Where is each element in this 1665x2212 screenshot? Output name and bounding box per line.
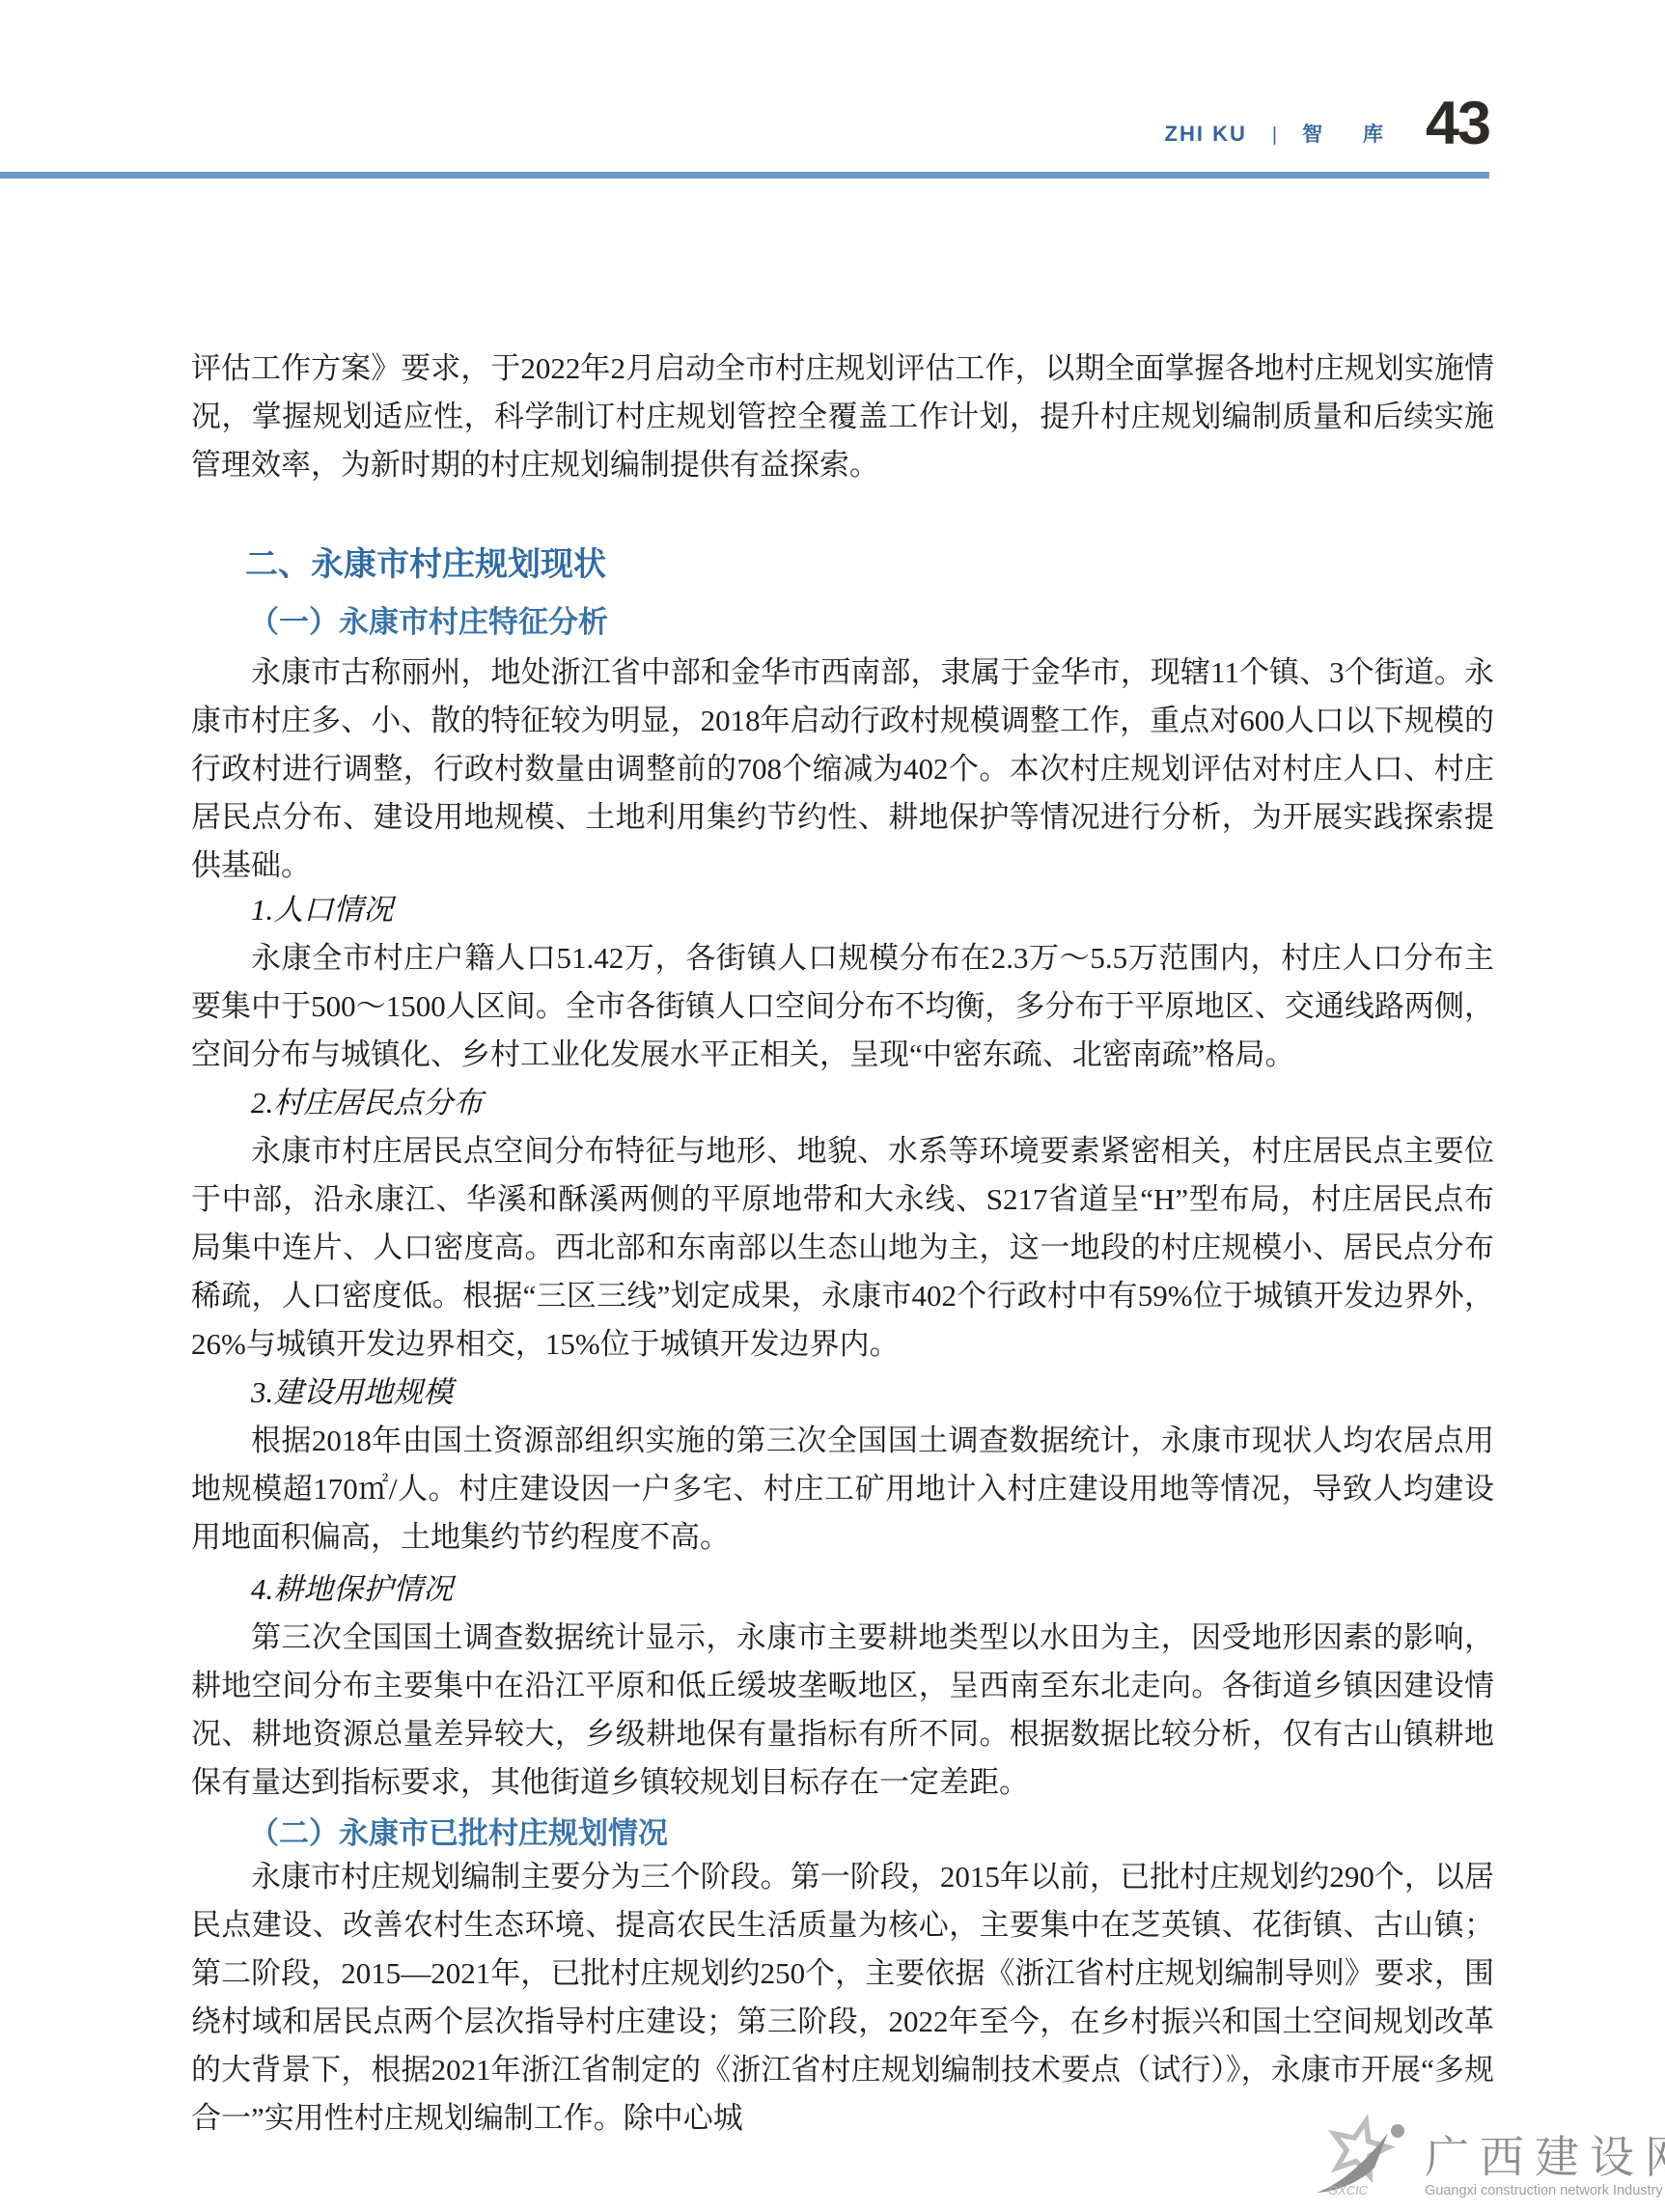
article-body: 评估工作方案》要求，于2022年2月启动全市村庄规划评估工作，以期全面掌握各地村… <box>191 345 1494 2143</box>
logo-name-chinese: 广西建设网 <box>1425 2135 1658 2181</box>
numbered-item-heading: 3.建设用地规模 <box>191 1369 1494 1417</box>
paragraph: 永康全市村庄户籍人口51.42万，各街镇人口规模分布在2.3万～5.5万范围内，… <box>191 934 1494 1079</box>
paragraph: 永康市古称丽州，地处浙江省中部和金华市西南部，隶属于金华市，现辖11个镇、3个街… <box>191 649 1494 890</box>
page-header: ZHI KU | 智 库 43 <box>1165 93 1489 162</box>
paragraph: 永康市村庄居民点空间分布特征与地形、地貌、水系等环境要素紧密相关，村庄居民点主要… <box>191 1127 1494 1369</box>
numbered-item-heading: 2.村庄居民点分布 <box>191 1079 1494 1127</box>
numbered-item-heading: 4.耕地保护情况 <box>191 1565 1494 1614</box>
numbered-item-heading: 1.人口情况 <box>191 886 1494 934</box>
publisher-watermark: GXCIC 广西建设网 Guangxi construction network… <box>1311 2106 1658 2207</box>
subsection-heading: （一）永康市村庄特征分析 <box>249 600 1494 645</box>
page-number: 43 <box>1426 89 1489 158</box>
journal-name-chinese: 智 库 <box>1302 119 1401 148</box>
paragraph: 第三次全国国土调查数据统计显示，永康市主要耕地类型以水田为主，因受地形因素的影响… <box>191 1614 1494 1807</box>
section-heading: 二、永康市村庄规划现状 <box>245 543 1494 586</box>
logo-tagline-english: Guangxi construction network Industry Ed… <box>1425 2183 1658 2198</box>
paragraph: 根据2018年由国土资源部组织实施的第三次全国国土调查数据统计，永康市现状人均农… <box>191 1417 1494 1562</box>
magazine-page: ZHI KU | 智 库 43 评估工作方案》要求，于2022年2月启动全市村庄… <box>0 0 1665 2212</box>
header-separator: | <box>1272 124 1277 147</box>
journal-section-label: ZHI KU | 智 库 <box>1165 119 1401 148</box>
logo-acronym: GXCIC <box>1328 2183 1369 2198</box>
star-logo-icon: GXCIC <box>1311 2106 1407 2202</box>
logo-text: 广西建设网 Guangxi construction network Indus… <box>1425 2135 1658 2198</box>
header-rule <box>0 172 1489 179</box>
journal-name-pinyin: ZHI KU <box>1165 122 1247 147</box>
subsection-heading: （二）永康市已批村庄规划情况 <box>249 1811 1494 1856</box>
paragraph: 永康市村庄规划编制主要分为三个阶段。第一阶段，2015年以前，已批村庄规划约29… <box>191 1853 1494 2143</box>
paragraph: 评估工作方案》要求，于2022年2月启动全市村庄规划评估工作，以期全面掌握各地村… <box>191 345 1494 489</box>
